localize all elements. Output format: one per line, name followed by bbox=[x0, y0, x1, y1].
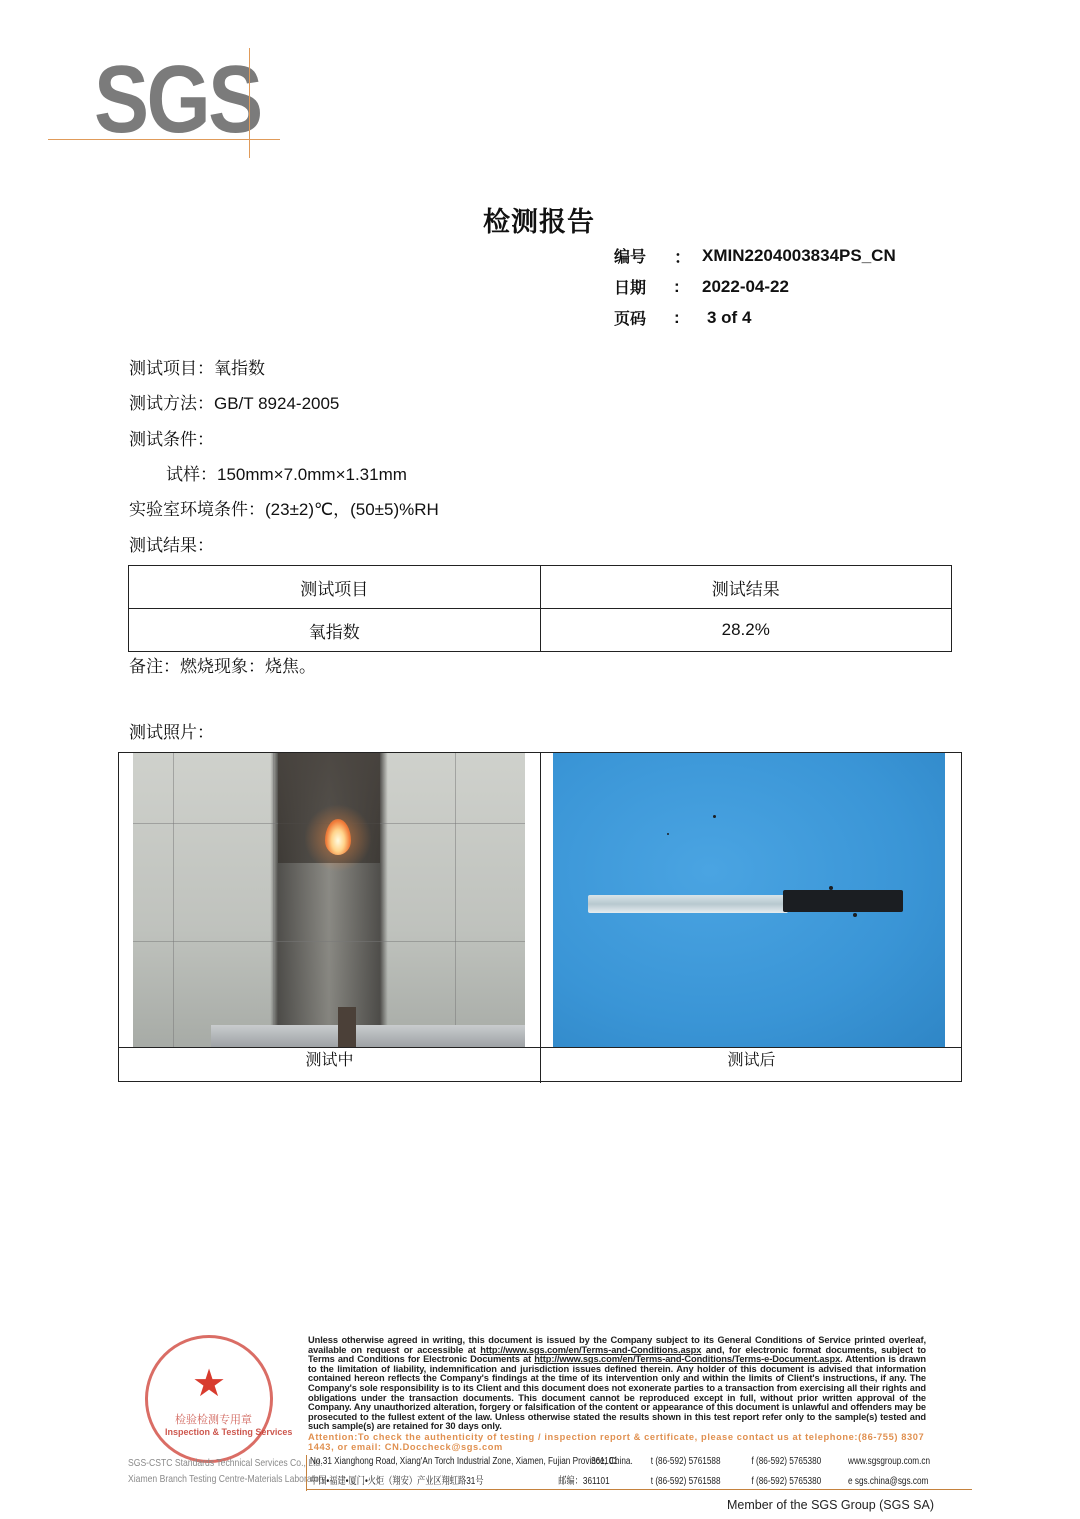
report-title: 检测报告 bbox=[483, 200, 595, 239]
test-method-value: GB/T 8924-2005 bbox=[214, 394, 339, 413]
stamp-organization: SGS-CSTC Standards Technical Services Co… bbox=[128, 1455, 326, 1487]
sample-line: 试样：150mm×7.0mm×1.31mm bbox=[166, 460, 407, 485]
apparatus-base bbox=[211, 1025, 525, 1047]
star-icon: ★ bbox=[192, 1365, 226, 1403]
meta-page: 页码 : 3 of 4 bbox=[614, 302, 896, 333]
official-stamp: ★ 检验检测专用章 Inspection & Testing Services bbox=[145, 1335, 293, 1461]
fax: f (86-592) 5765380 bbox=[751, 1456, 845, 1467]
fax: f (86-592) 5765380 bbox=[751, 1476, 845, 1487]
meta-key: 日期 bbox=[614, 275, 674, 298]
char-speck bbox=[853, 913, 857, 917]
stamp-org-line1: SGS-CSTC Standards Technical Services Co… bbox=[128, 1455, 326, 1471]
email: e sgs.china@sgs.com bbox=[848, 1476, 928, 1487]
footer-horizontal-rule bbox=[306, 1489, 972, 1490]
results-table: 测试项目 测试结果 氧指数 28.2% bbox=[128, 565, 952, 652]
logo-horizontal-line bbox=[48, 139, 280, 140]
address-cn: 中国•福建•厦门•火炬（翔安）产业区翔虹路31号 bbox=[310, 1472, 556, 1487]
meta-colon: : bbox=[674, 308, 702, 328]
meta-key: 编号 bbox=[614, 244, 674, 267]
table-header-cell: 测试项目 bbox=[129, 566, 541, 609]
photo-during-test bbox=[133, 753, 525, 1047]
stamp-en-text: Inspection & Testing Services bbox=[165, 1427, 292, 1437]
char-speck bbox=[667, 833, 669, 835]
specimen-unburnt-part bbox=[588, 895, 788, 913]
sample-value: 150mm×7.0mm×1.31mm bbox=[217, 465, 407, 484]
table-header-cell: 测试结果 bbox=[540, 566, 952, 609]
specimen-charred-part bbox=[783, 890, 903, 912]
caption-after-test: 测试后 bbox=[541, 1048, 962, 1083]
table-row: 氧指数 28.2% bbox=[129, 609, 952, 652]
address-en: No.31 Xianghong Road, Xiang'An Torch Ind… bbox=[310, 1456, 589, 1467]
sgs-logo-text: SGS bbox=[94, 52, 261, 148]
photo-cell-after-test bbox=[540, 753, 961, 1047]
address-row-en: No.31 Xianghong Road, Xiang'An Torch Ind… bbox=[310, 1456, 930, 1467]
meta-key: 页码 bbox=[614, 306, 674, 329]
e-terms-link[interactable]: http://www.sgs.com/en/Terms-and-Conditio… bbox=[534, 1354, 840, 1364]
test-results-line: 测试结果： bbox=[129, 531, 214, 556]
table-header-row: 测试项目 测试结果 bbox=[129, 566, 952, 609]
telephone: t (86-592) 5761588 bbox=[651, 1456, 749, 1467]
test-item-label: 测试项目： bbox=[129, 359, 214, 379]
flame-icon bbox=[325, 819, 351, 855]
disclaimer-text: . Attention is drawn to the limitation o… bbox=[308, 1354, 926, 1431]
test-item-line: 测试项目：氧指数 bbox=[129, 354, 265, 379]
tile-line bbox=[133, 941, 525, 942]
meta-value: 2022-04-22 bbox=[702, 277, 789, 297]
test-item-value: 氧指数 bbox=[214, 359, 265, 379]
lab-env-line: 实验室环境条件：(23±2)℃，(50±5)%RH bbox=[129, 495, 439, 520]
table-cell-item: 氧指数 bbox=[129, 609, 541, 652]
lab-env-value: (23±2)℃，(50±5)%RH bbox=[265, 500, 439, 519]
terms-link[interactable]: http://www.sgs.com/en/Terms-and-Conditio… bbox=[480, 1345, 701, 1355]
legal-disclaimer: Unless otherwise agreed in writing, this… bbox=[308, 1336, 926, 1432]
photos-table: 测试中 测试后 bbox=[118, 752, 962, 1082]
stamp-org-line2: Xiamen Branch Testing Centre-Materials L… bbox=[128, 1471, 326, 1487]
photo-after-test bbox=[553, 753, 945, 1047]
stamp-cn-text: 检验检测专用章 bbox=[175, 1411, 252, 1427]
postcode-en: 361101 bbox=[591, 1456, 648, 1467]
tile-line bbox=[173, 753, 174, 1047]
char-speck bbox=[829, 886, 833, 890]
footer-vertical-rule bbox=[306, 1455, 307, 1491]
lab-env-label: 实验室环境条件： bbox=[129, 500, 265, 520]
meta-value: 3 of 4 bbox=[702, 308, 751, 328]
remark: 备注：燃烧现象：烧焦。 bbox=[129, 652, 316, 677]
test-method-label: 测试方法： bbox=[129, 394, 214, 414]
meta-colon: : bbox=[674, 277, 702, 297]
tile-line bbox=[455, 753, 456, 1047]
logo-vertical-line bbox=[249, 48, 250, 158]
caption-during-test: 测试中 bbox=[119, 1048, 541, 1083]
test-method-line: 测试方法：GB/T 8924-2005 bbox=[129, 389, 339, 414]
table-cell-result: 28.2% bbox=[540, 609, 952, 652]
meta-date: 日期 : 2022-04-22 bbox=[614, 271, 896, 302]
specimen-holder bbox=[338, 1007, 356, 1047]
char-speck bbox=[713, 815, 716, 818]
caption-row: 测试中 测试后 bbox=[119, 1047, 961, 1083]
photo-cell-during-test bbox=[119, 753, 541, 1047]
test-conditions-label: 测试条件： bbox=[129, 430, 214, 450]
photos-label: 测试照片： bbox=[129, 718, 214, 743]
meta-colon: ： bbox=[674, 243, 702, 268]
member-of-group: Member of the SGS Group (SGS SA) bbox=[727, 1498, 934, 1512]
postcode-cn: 邮编：361101 bbox=[558, 1472, 648, 1487]
telephone: t (86-592) 5761588 bbox=[651, 1476, 749, 1487]
test-results-label: 测试结果： bbox=[129, 536, 214, 556]
address-row-cn: 中国•福建•厦门•火炬（翔安）产业区翔虹路31号 邮编：361101 t (86… bbox=[310, 1472, 928, 1487]
test-conditions-line: 测试条件： bbox=[129, 425, 214, 450]
tile-line bbox=[273, 753, 274, 1047]
website: www.sgsgroup.com.cn bbox=[848, 1456, 930, 1467]
meta-report-number: 编号 ： XMIN2204003834PS_CN bbox=[614, 240, 896, 271]
sgs-logo: SGS bbox=[48, 48, 283, 158]
sample-label: 试样： bbox=[166, 465, 217, 485]
authenticity-attention: Attention:To check the authenticity of t… bbox=[308, 1432, 926, 1452]
meta-value: XMIN2204003834PS_CN bbox=[702, 246, 896, 266]
report-meta: 编号 ： XMIN2204003834PS_CN 日期 : 2022-04-22… bbox=[614, 240, 896, 333]
